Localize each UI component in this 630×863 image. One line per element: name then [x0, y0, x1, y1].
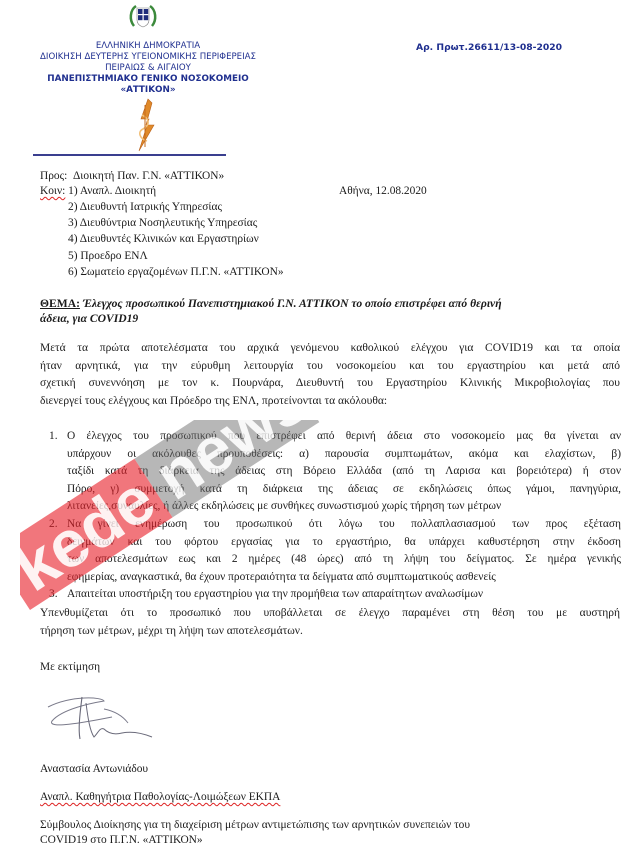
- list-line: Ο έλεγχος του προσωπικού που επιστρέφει …: [67, 428, 621, 446]
- signatory-role-line2: COVID19 στο Π.Γ.Ν. «ΑΤΤΙΚΟΝ»: [40, 833, 203, 848]
- handwritten-signature-icon: [42, 693, 162, 743]
- header-country: ΕΛΛΗΝΙΚΗ ΔΗΜΟΚΡΑΤΙΑ: [30, 41, 266, 52]
- reminder-line: τήρηση των μέτρων, μέχρι τη λήψη των απο…: [40, 623, 620, 641]
- header-region: ΠΕΙΡΑΙΩΣ & ΑΙΓΑΙΟΥ: [30, 63, 266, 74]
- list-number: 2.: [49, 516, 58, 534]
- greek-coat-of-arms-icon: [128, 2, 158, 32]
- list-line: εφημερίας, αναγκαστικά, θα έχουν προτερα…: [67, 569, 621, 587]
- intro-line: διενεργεί τους ελέγχους και Πρόεδρο της …: [40, 393, 620, 411]
- reminder-line: Υπενθυμίζεται ότι το προσωπικό που υποβά…: [40, 605, 620, 623]
- list-line: λιτανείες,συναυλίες, ή άλλες εκδηλώσεις …: [67, 498, 621, 516]
- subject-label: ΘΕΜΑ:: [40, 297, 80, 310]
- place-date: Αθήνα, 12.08.2020: [339, 184, 427, 199]
- reminder-paragraph: Υπενθυμίζεται ότι το προσωπικό που υποβά…: [40, 605, 620, 640]
- to-value: Διοικητή Παν. Γ.Ν. «ΑΤΤΙΚΟΝ»: [73, 170, 224, 182]
- intro-paragraph: Μετά τα πρώτα αποτελέσματα του αρχικά γε…: [40, 340, 620, 410]
- signatory-name: Αναστασία Αντωνιάδου: [40, 762, 148, 777]
- cc-item-2: 2) Διευθυντή Ιατρικής Υπηρεσίας: [68, 200, 222, 215]
- header-hospital-short: «ΑΤΤΙΚΟΝ»: [30, 85, 266, 96]
- to-label: Προς:: [40, 170, 67, 182]
- list-line: ταξίδι κατά τη διάρκεια της άδειας στη Β…: [67, 463, 621, 481]
- signatory-title: Αναπλ. Καθηγήτρια Παθολογίας-Λοιμώξεων Ε…: [40, 790, 280, 805]
- cc-item-1: 1) Αναπλ. Διοικητή: [68, 185, 156, 197]
- recipient-line: Προς: Διοικητή Παν. Γ.Ν. «ΑΤΤΙΚΟΝ»: [40, 169, 224, 184]
- list-line: Να γίνει ενημέρωση του προσωπικού ότι λό…: [67, 516, 621, 534]
- list-item: 3. Απαιτείται υποστήριξη του εργαστηρίου…: [49, 586, 621, 604]
- cc-item-5: 5) Προεδρο ΕΝΛ: [68, 249, 148, 264]
- protocol-number: Αρ. Πρωτ.26611/13-08-2020: [416, 42, 562, 53]
- subject-text-line1: Έλεγχος προσωπικού Πανεπιστημιακού Γ.Ν. …: [80, 297, 502, 310]
- intro-line: σχετική συνεννόηση με τον κ. Πουρνάρα, Δ…: [40, 375, 620, 393]
- list-line: των αποτελεσμάτων εως και 2 ημέρες (48 ώ…: [67, 551, 621, 569]
- list-line: δειγμάτων και του φόρτου εργασίας για το…: [67, 534, 621, 552]
- list-item: 2. Να γίνει ενημέρωση του προσωπικού ότι…: [49, 516, 621, 586]
- intro-line: Μετά τα πρώτα αποτελέσματα του αρχικά γε…: [40, 340, 620, 358]
- intro-line: ήταν αρνητικά, για την εύρυθμη λειτουργί…: [40, 358, 620, 376]
- caduceus-logo-icon: [132, 97, 160, 153]
- list-number: 3.: [49, 586, 58, 604]
- list-line: Απαιτείται υποστήριξη του εργαστηρίου γι…: [67, 586, 621, 604]
- signatory-role-line1: Σύμβουλος Διοίκησης για τη διαχείριση μέ…: [40, 818, 470, 833]
- list-line: υπάρχουν οι ακόλουθες προυποθέσεις: α) π…: [67, 446, 621, 464]
- signatory-title-text: Αναπλ. Καθηγήτρια Παθολογίας-Λοιμώξεων Ε…: [40, 791, 280, 803]
- proposals-list: 1. Ο έλεγχος του προσωπικού που επιστρέφ…: [49, 428, 621, 604]
- cc-item-6: 6) Σωματείο εργαζομένων Π.Γ.Ν. «ΑΤΤΙΚΟΝ»: [68, 265, 284, 280]
- header-hospital-name: ΠΑΝΕΠΙΣΤΗΜΙΑΚΟ ΓΕΝΙΚΟ ΝΟΣΟΚΟΜΕΙΟ: [30, 74, 266, 85]
- list-number: 1.: [49, 428, 58, 446]
- list-line: Πόρο, γ) συμμετοχή κατά τη διάρκεια της …: [67, 481, 621, 499]
- subject: ΘΕΜΑ: Έλεγχος προσωπικού Πανεπιστημιακού…: [40, 296, 620, 326]
- cc-label: Κοιν:: [40, 185, 65, 197]
- subject-text-line2: άδεια, για COVID19: [40, 312, 138, 325]
- cc-item-4: 4) Διευθυντές Κλινικών και Εργαστηρίων: [68, 232, 259, 247]
- cc-item-3: 3) Διευθύντρια Νοσηλευτικής Υπηρεσίας: [68, 216, 257, 231]
- header-authority: ΔΙΟΙΚΗΣΗ ΔΕΥΤΕΡΗΣ ΥΓΕΙΟΝΟΜΙΚΗΣ ΠΕΡΙΦΕΡΕΙ…: [30, 52, 266, 63]
- list-item: 1. Ο έλεγχος του προσωπικού που επιστρέφ…: [49, 428, 621, 516]
- header-divider: [33, 154, 226, 156]
- closing: Με εκτίμηση: [40, 660, 100, 675]
- cc-line-1: Κοιν: 1) Αναπλ. Διοικητή: [40, 184, 156, 199]
